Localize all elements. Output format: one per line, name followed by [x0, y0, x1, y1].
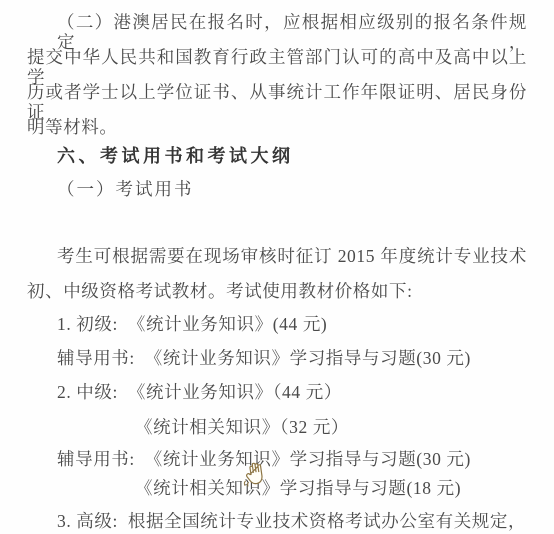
paragraph-line: 历或者学士以上学位证书、从事统计工作年限证明、居民身份证: [27, 82, 527, 122]
list-item-related-knowledge: 《统计相关知识》（32 元）: [135, 417, 349, 437]
paragraph-line: 明等材料。: [27, 117, 118, 137]
paragraph-line: （二）港澳居民在报名时，应根据相应级别的报名条件规定，: [57, 12, 527, 52]
list-item-junior: 1. 初级: 《统计业务知识》(44 元): [57, 314, 327, 334]
document-page: （二）港澳居民在报名时，应根据相应级别的报名条件规定， 提交中华人民共和国教育行…: [0, 0, 554, 534]
paragraph-line: 考生可根据需要在现场审核时征订 2015 年度统计专业技术: [57, 246, 527, 266]
list-item-senior: 3. 高级: 根据全国统计专业技术资格考试办公室有关规定，: [57, 511, 526, 531]
paragraph-line: 初、中级资格考试教材。考试使用教材价格如下:: [27, 281, 413, 301]
list-item-tutorial-book: 辅导用书: 《统计业务知识》学习指导与习题(30 元): [57, 348, 471, 368]
paragraph-line: 提交中华人民共和国教育行政主管部门认可的高中及高中以上学: [27, 47, 527, 87]
list-item-related-tutorial: 《统计相关知识》学习指导与习题(18 元): [135, 478, 461, 498]
section-heading: 六、考试用书和考试大纲: [57, 146, 294, 166]
list-item-intermediate: 2. 中级: 《统计业务知识》（44 元）: [57, 382, 342, 402]
subsection-heading: （一）考试用书: [57, 179, 194, 199]
list-item-tutorial-book: 辅导用书: 《统计业务知识》学习指导与习题(30 元): [57, 449, 471, 469]
